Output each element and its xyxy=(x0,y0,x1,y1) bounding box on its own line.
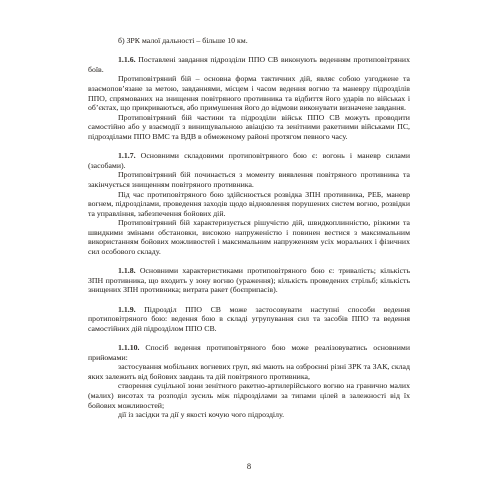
paragraph-text: Поставлені завдання підрозділи ППО СВ ви… xyxy=(88,55,410,74)
paragraph-1-1-8: 1.1.8. Основними характеристиками протип… xyxy=(88,266,410,295)
document-page: б) ЗРК малої дальності – більше 10 км. 1… xyxy=(0,0,500,500)
paragraph-1-1-6: 1.1.6. Поставлені завдання підрозділи ПП… xyxy=(88,55,410,74)
paragraph-mobile-fire-groups: застосування мобільних вогневих груп, як… xyxy=(88,362,410,381)
paragraph-number: 1.1.7. xyxy=(118,151,136,160)
paragraph-text: Протиповітряний бій починається з момент… xyxy=(88,170,410,189)
paragraph-number: 1.1.9. xyxy=(118,305,136,314)
paragraph-text: Протиповітряний бій частини та підрозділ… xyxy=(88,113,410,141)
paragraph-ambush-actions: дії із засідки та дії у якості кочую чог… xyxy=(88,410,410,420)
page-number: 8 xyxy=(0,461,498,471)
paragraph-text: застосування мобільних вогневих груп, як… xyxy=(88,362,410,381)
paragraph-number: 1.1.6. xyxy=(118,55,136,64)
list-item-text: б) ЗРК малої дальності – більше 10 км. xyxy=(118,36,248,45)
paragraph-battle-start-end: Протиповітряний бій починається з момент… xyxy=(88,170,410,189)
paragraph-battle-characteristics: Протиповітряний бій характеризується ріш… xyxy=(88,218,410,256)
list-item-b: б) ЗРК малої дальності – більше 10 км. xyxy=(88,36,410,46)
document-text-column: б) ЗРК малої дальності – більше 10 км. 1… xyxy=(88,36,410,420)
paragraph-1-1-7: 1.1.7. Основними складовими протиповітря… xyxy=(88,151,410,170)
paragraph-text: дії із засідки та дії у якості кочую чог… xyxy=(118,410,284,419)
paragraph-number: 1.1.10. xyxy=(118,343,139,352)
paragraph-1-1-9: 1.1.9. Підрозділ ППО СВ може застосовува… xyxy=(88,305,410,334)
paragraph-text: Під час протиповітряного бою здійснюєтьс… xyxy=(88,190,410,218)
paragraph-number: 1.1.8. xyxy=(118,266,136,275)
paragraph-text: Основними характеристиками протиповітрян… xyxy=(88,266,410,294)
paragraph-text: Основними складовими протиповітряного бо… xyxy=(88,151,410,170)
paragraph-text: Протиповітряний бій – основна форма такт… xyxy=(88,74,410,112)
paragraph-air-battle-cooperation: Протиповітряний бій частини та підрозділ… xyxy=(88,113,410,142)
paragraph-battle-activities: Під час протиповітряного бою здійснюєтьс… xyxy=(88,190,410,219)
paragraph-text: Протиповітряний бій характеризується ріш… xyxy=(88,218,410,256)
paragraph-air-battle-definition: Протиповітряний бій – основна форма такт… xyxy=(88,74,410,112)
paragraph-text: Підрозділ ППО СВ може застосовувати наст… xyxy=(88,305,410,333)
paragraph-text: створення суцільної зони зенітного ракет… xyxy=(88,381,410,409)
paragraph-1-1-10: 1.1.10. Спосіб ведення протиповітряного … xyxy=(88,343,410,362)
paragraph-continuous-fire-zone: створення суцільної зони зенітного ракет… xyxy=(88,381,410,410)
